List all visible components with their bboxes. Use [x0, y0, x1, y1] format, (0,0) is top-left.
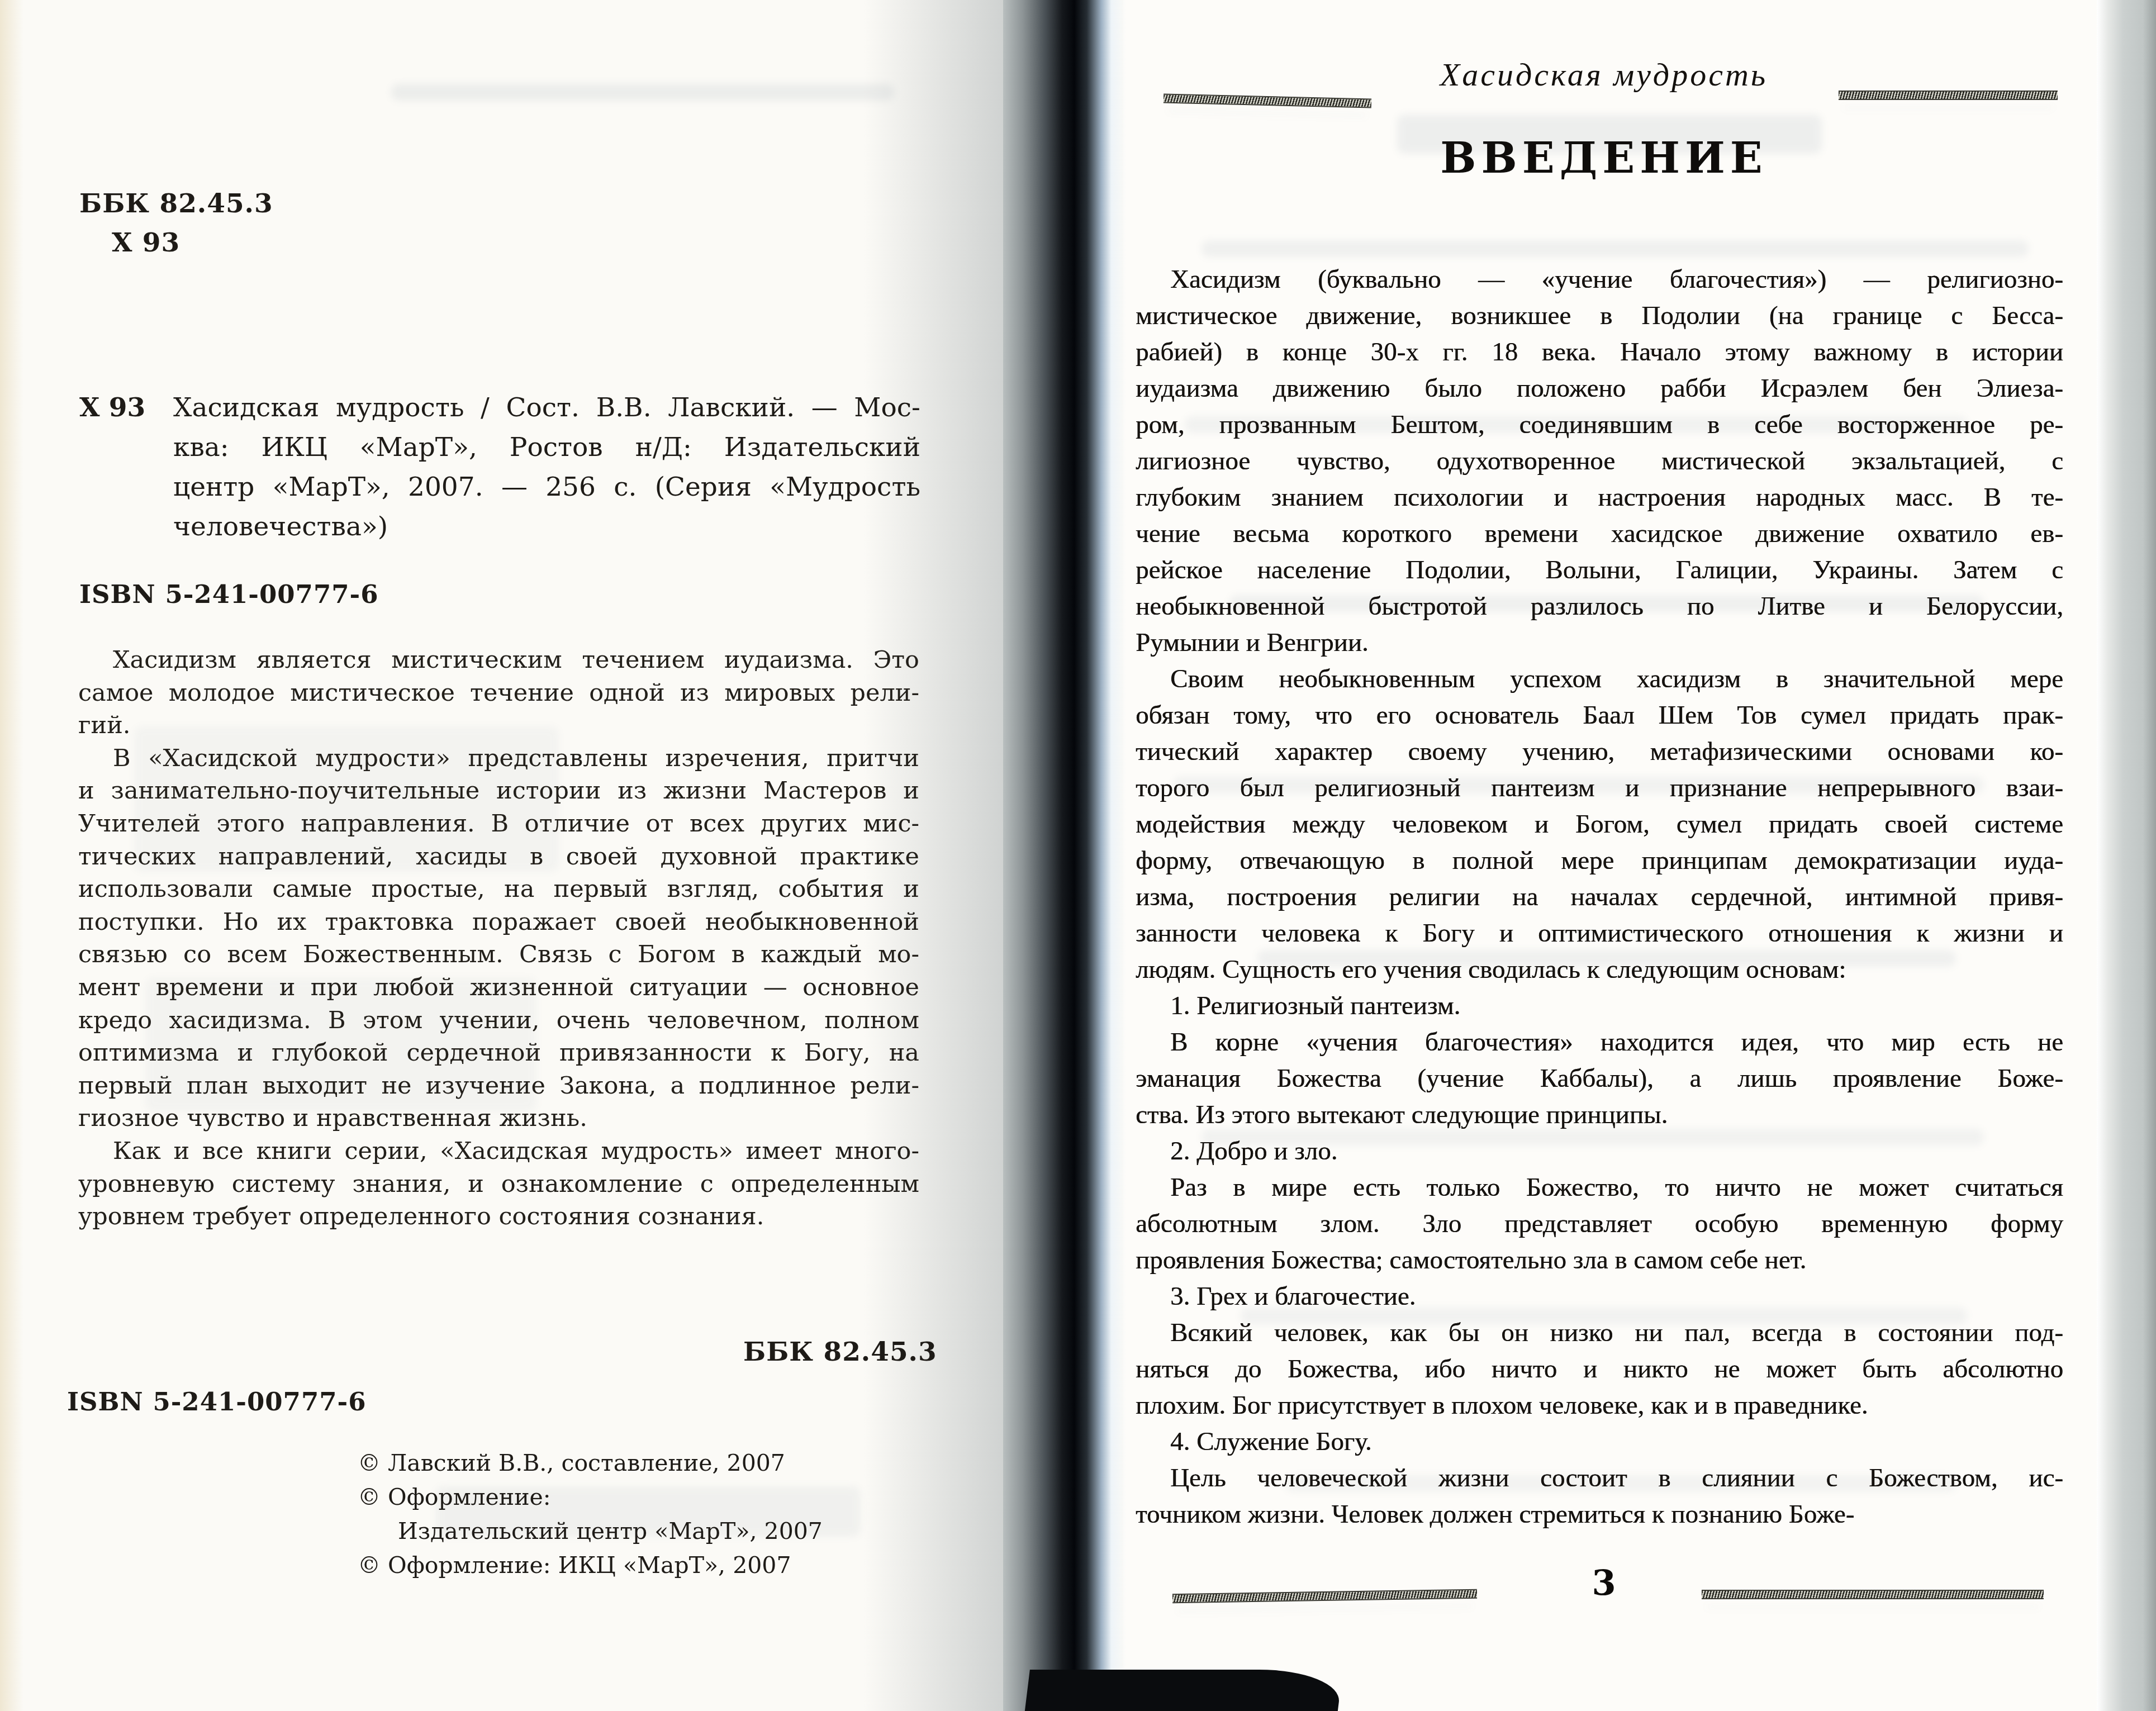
- copyright-line: © Оформление: ИКЦ «МарТ», 2007: [358, 1548, 944, 1582]
- bib-line: центр «МарТ», 2007. — 256 с. (Серия «Муд…: [173, 467, 920, 507]
- body-line: 3. Грех и благочестие.: [1136, 1279, 2063, 1315]
- header-rule-right: [1839, 91, 2058, 100]
- chapter-title: ВВЕДЕНИЕ: [1364, 133, 1844, 183]
- page-edge-left: [0, 0, 23, 1711]
- body-line: обязан тому, что его основатель Баал Шем…: [1136, 697, 2063, 734]
- bib-entry-text: Хасидская мудрость / Сост. В.В. Лавский.…: [173, 388, 920, 546]
- classification-codes: ББК 82.45.3 Х 93: [79, 184, 273, 263]
- body-line: ства. Из этого вытекают следующие принци…: [1136, 1097, 2063, 1133]
- book-gutter: [1003, 0, 1126, 1711]
- annotation-line: уровнем требует определенного состояния …: [78, 1200, 919, 1233]
- annotation-line: оптимизма и глубокой сердечной привязанн…: [78, 1037, 919, 1070]
- annotation-line: кредо хасидизма. В этом учении, очень че…: [78, 1004, 919, 1037]
- body-line: В корне «учения благочестия» находится и…: [1136, 1024, 2063, 1061]
- annotation-line: и занимательно-поучительные истории из ж…: [78, 774, 919, 807]
- body-line: эманация Божества (учение Каббалы), а ли…: [1136, 1061, 2063, 1097]
- bib-entry-label: Х 93: [79, 388, 145, 427]
- scanned-book-spread: ББК 82.45.3 Х 93 Х 93 Хасидская мудрость…: [0, 0, 2156, 1711]
- body-line: 1. Религиозный пантеизм.: [1136, 988, 2063, 1024]
- body-line: глубоким знанием психологии и настроения…: [1136, 479, 2063, 516]
- copyright-line: © Оформление:: [358, 1480, 944, 1514]
- body-line: точником жизни. Человек должен стремитьс…: [1136, 1496, 2063, 1533]
- bbk-code: ББК 82.45.3: [79, 184, 273, 224]
- bib-line: человечества»): [173, 507, 920, 546]
- annotation-line: самое молодое мистическое течение одной …: [78, 677, 919, 710]
- body-line: занности человека к Богу и оптимистическ…: [1136, 915, 2063, 952]
- annotation-line: связью со всем Божественным. Связь с Бог…: [78, 938, 919, 971]
- body-line: 2. Добро и зло.: [1136, 1133, 2063, 1170]
- author-sign-code: Х 93: [79, 224, 273, 263]
- body-line: тический характер своему учению, метафиз…: [1136, 734, 2063, 770]
- bib-line: Хасидская мудрость / Сост. В.В. Лавский.…: [173, 388, 920, 427]
- annotation-line: Хасидизм является мистическим течением и…: [78, 644, 919, 677]
- isbn-bottom: ISBN 5-241-00777-6: [67, 1387, 367, 1417]
- bibliographic-entry: Х 93 Хасидская мудрость / Сост. В.В. Лав…: [79, 388, 920, 546]
- body-line: 4. Служение Богу.: [1136, 1424, 2063, 1460]
- bib-line: ква: ИКЦ «МарТ», Ростов н/Д: Издательски…: [173, 427, 920, 467]
- body-line: Румынии и Венгрии.: [1136, 625, 2063, 661]
- scan-edge-bottom: [1024, 1670, 1343, 1711]
- isbn: ISBN 5-241-00777-6: [79, 579, 379, 609]
- body-line: чение весьма короткого времени хасидское…: [1136, 516, 2063, 552]
- page-number: 3: [1548, 1562, 1660, 1603]
- body-line: рейское население Подолии, Волыни, Галиц…: [1136, 552, 2063, 588]
- footer-rule-right: [1702, 1590, 2044, 1599]
- body-line: ром, прозванным Бештом, соединявшим в се…: [1136, 407, 2063, 443]
- annotation: Хасидизм является мистическим течением и…: [78, 644, 919, 1233]
- body-line: лигиозное чувство, одухотворенное мистич…: [1136, 443, 2063, 479]
- body-line: торого был религиозный пантеизм и призна…: [1136, 770, 2063, 806]
- body-text: Хасидизм (буквально — «учение благочести…: [1136, 262, 2063, 1533]
- body-line: проявления Божества; самостоятельно зла …: [1136, 1242, 2063, 1279]
- copyright-line: Издательский центр «МарТ», 2007: [358, 1514, 944, 1548]
- body-line: форму, отвечающую в полной мере принципа…: [1136, 843, 2063, 879]
- body-line: Раз в мире есть только Божество, то ничт…: [1136, 1170, 2063, 1206]
- page-edge-right: [2097, 0, 2156, 1711]
- body-line: Цель человеческой жизни состоит в слияни…: [1136, 1460, 2063, 1496]
- copyright-line: © Лавский В.В., составление, 2007: [358, 1446, 944, 1480]
- annotation-line: тических направлений, хасиды в своей дух…: [78, 840, 919, 873]
- annotation-line: использовали самые простые, на первый вз…: [78, 873, 919, 906]
- annotation-line: В «Хасидской мудрости» представлены изре…: [78, 742, 919, 775]
- annotation-line: уровневую систему знания, и ознакомление…: [78, 1168, 919, 1201]
- body-line: необыкновенной быстротой разлилось по Ли…: [1136, 588, 2063, 625]
- annotation-line: Как и все книги серии, «Хасидская мудрос…: [78, 1135, 919, 1168]
- body-line: Всякий человек, как бы он низко ни пал, …: [1136, 1315, 2063, 1351]
- body-line: изма, построения религии на началах серд…: [1136, 879, 2063, 915]
- body-line: модействия между человеком и Богом, суме…: [1136, 806, 2063, 843]
- annotation-line: гий.: [78, 709, 919, 742]
- bleed-through-artifact: [391, 84, 894, 101]
- body-line: Хасидизм (буквально — «учение благочести…: [1136, 262, 2063, 298]
- body-line: абсолютным злом. Зло представляет особую…: [1136, 1206, 2063, 1242]
- body-line: Своим необыкновенным успехом хасидизм в …: [1136, 661, 2063, 697]
- body-line: рабией) в конце 30-х гг. 18 века. Начало…: [1136, 334, 2063, 370]
- body-line: иудаизма движению было положено рабби Ис…: [1136, 370, 2063, 407]
- copyright-block: © Лавский В.В., составление, 2007© Оформ…: [358, 1446, 944, 1582]
- annotation-line: Учителей этого направления. В отличие от…: [78, 807, 919, 840]
- running-header: Хасидская мудрость: [1364, 56, 1844, 93]
- annotation-line: гиозное чувство и нравственная жизнь.: [78, 1102, 919, 1135]
- annotation-line: первый план выходит не изучение Закона, …: [78, 1070, 919, 1102]
- annotation-line: поступки. Но их трактовка поражает своей…: [78, 906, 919, 939]
- body-line: людям. Сущность его учения сводилась к с…: [1136, 952, 2063, 988]
- body-line: плохим. Бог присутствует в плохом челове…: [1136, 1387, 2063, 1424]
- bbk-code-bottom: ББК 82.45.3: [743, 1337, 937, 1367]
- body-line: мистическое движение, возникшее в Подоли…: [1136, 298, 2063, 334]
- body-line: няться до Божества, ибо ничто и никто не…: [1136, 1351, 2063, 1387]
- annotation-line: мент времени и при любой жизненной ситуа…: [78, 971, 919, 1004]
